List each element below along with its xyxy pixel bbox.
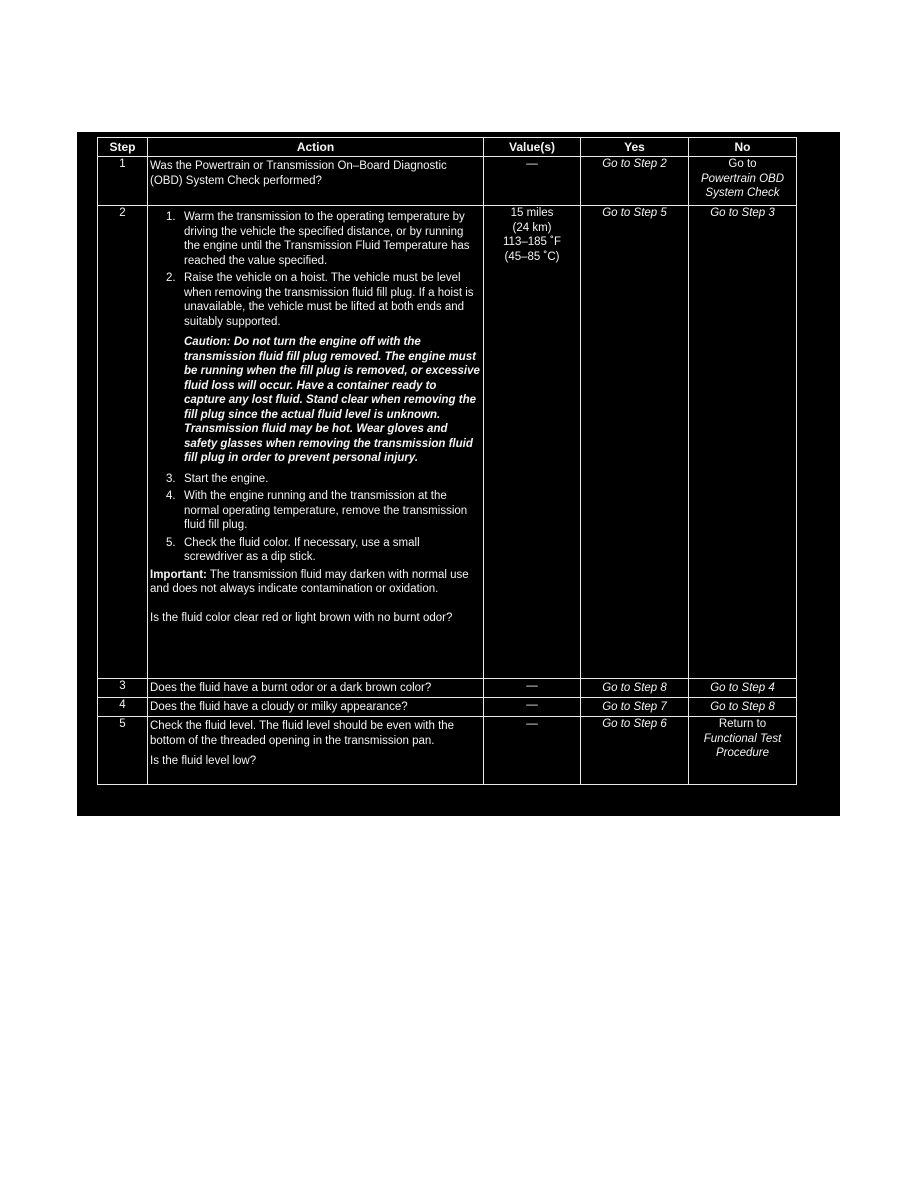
action-cell: 1.Warm the transmission to the operating…: [148, 206, 484, 679]
action-cell: Was the Powertrain or Transmission On–Bo…: [148, 157, 484, 206]
no-prefix: Go to: [689, 157, 796, 172]
value-cell: —: [484, 698, 581, 717]
header-no: No: [689, 138, 797, 157]
action-text: Check the fluid level. The fluid level s…: [150, 719, 480, 748]
value-cell: 15 miles (24 km) 113–185 ˚F (45–85 ˚C): [484, 206, 581, 679]
value-line: (45–85 ˚C): [484, 250, 580, 265]
action-cell: Check the fluid level. The fluid level s…: [148, 717, 484, 785]
header-value: Value(s): [484, 138, 581, 157]
substep: 1.Warm the transmission to the operating…: [184, 210, 480, 268]
yes-link[interactable]: Go to Step 8: [581, 679, 689, 698]
value-line: (24 km): [484, 221, 580, 236]
header-step: Step: [98, 138, 148, 157]
question-text: Is the fluid level low?: [150, 754, 480, 769]
value-line: 113–185 ˚F: [484, 235, 580, 250]
step-number: 5: [98, 717, 148, 785]
important-note: Important: The transmission fluid may da…: [150, 568, 480, 597]
substep: 4.With the engine running and the transm…: [184, 489, 480, 533]
no-link[interactable]: Go to Step 4: [689, 679, 797, 698]
diagnostic-table: Step Action Value(s) Yes No 1 Was the Po…: [97, 137, 797, 785]
value-line: 15 miles: [484, 206, 580, 221]
substep-list: 3.Start the engine. 4.With the engine ru…: [150, 472, 480, 565]
caution-note: Caution: Do not turn the engine off with…: [184, 335, 480, 466]
step-number: 3: [98, 679, 148, 698]
no-cell: Go to Powertrain OBD System Check: [689, 157, 797, 206]
substep: 2.Raise the vehicle on a hoist. The vehi…: [184, 271, 480, 329]
yes-link[interactable]: Go to Step 7: [581, 698, 689, 717]
substep-list: 1.Warm the transmission to the operating…: [150, 210, 480, 329]
step-number: 2: [98, 206, 148, 679]
value-cell: —: [484, 679, 581, 698]
table-row: 5 Check the fluid level. The fluid level…: [98, 717, 797, 785]
value-cell: —: [484, 157, 581, 206]
header-action: Action: [148, 138, 484, 157]
table-header-row: Step Action Value(s) Yes No: [98, 138, 797, 157]
no-cell: Return to Functional Test Procedure: [689, 717, 797, 785]
no-link[interactable]: Powertrain OBD System Check: [689, 172, 796, 201]
important-label: Important:: [150, 569, 207, 581]
table-row: 4 Does the fluid have a cloudy or milky …: [98, 698, 797, 717]
step-number: 1: [98, 157, 148, 206]
action-text: Was the Powertrain or Transmission On–Bo…: [148, 157, 483, 189]
table-row: 1 Was the Powertrain or Transmission On–…: [98, 157, 797, 206]
value-cell: —: [484, 717, 581, 785]
substep: 3.Start the engine.: [184, 472, 480, 487]
no-prefix: Return to: [689, 717, 796, 732]
table-row: 3 Does the fluid have a burnt odor or a …: [98, 679, 797, 698]
table-row: 2 1.Warm the transmission to the operati…: [98, 206, 797, 679]
yes-link[interactable]: Go to Step 2: [581, 157, 689, 206]
header-yes: Yes: [581, 138, 689, 157]
action-text: Does the fluid have a cloudy or milky ap…: [148, 698, 484, 717]
substep: 5.Check the fluid color. If necessary, u…: [184, 536, 480, 565]
yes-link[interactable]: Go to Step 5: [581, 206, 689, 679]
no-link[interactable]: Go to Step 3: [689, 206, 797, 679]
yes-link[interactable]: Go to Step 6: [581, 717, 689, 785]
step-number: 4: [98, 698, 148, 717]
question-text: Is the fluid color clear red or light br…: [150, 611, 480, 626]
action-text: Does the fluid have a burnt odor or a da…: [148, 679, 484, 698]
no-link[interactable]: Functional Test Procedure: [689, 732, 796, 761]
no-link[interactable]: Go to Step 8: [689, 698, 797, 717]
